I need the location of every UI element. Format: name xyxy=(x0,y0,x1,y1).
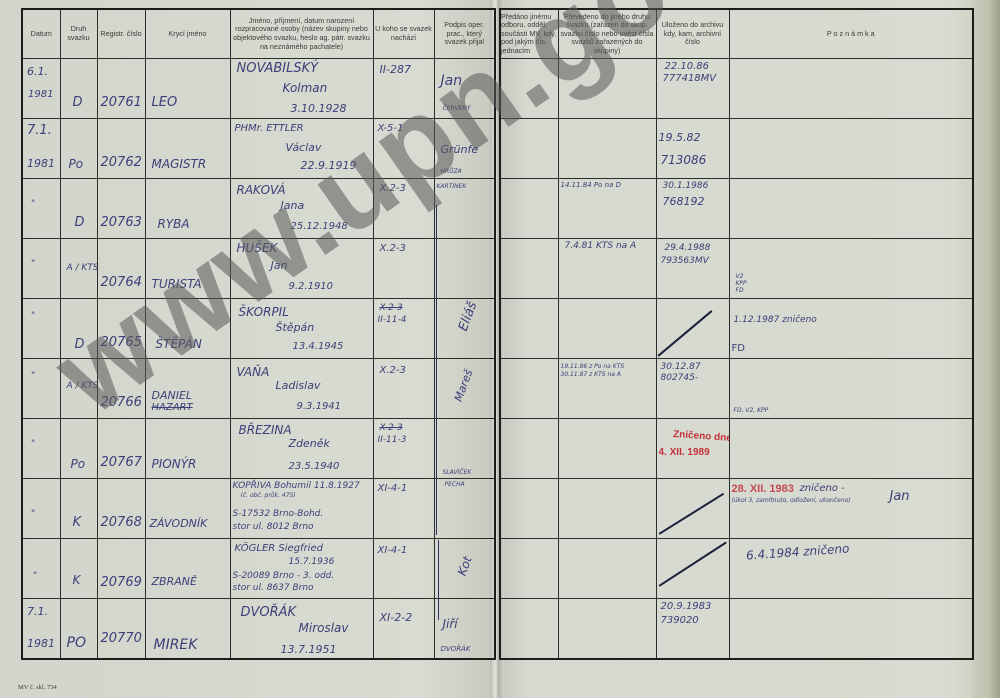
osoba-firstname: Kolman xyxy=(283,81,328,95)
druh-svazku: K xyxy=(73,515,82,530)
datum-day: 7.1. xyxy=(27,123,52,138)
transfer-note-1: 19.11.86 z Po na KTS xyxy=(561,363,625,370)
table-row: 6.1. 1981 D 20761 LEO NOVABILSKÝ Kolman … xyxy=(22,59,495,119)
datum-ditto: " xyxy=(31,371,35,381)
osoba-firstname: Zdeněk xyxy=(289,437,330,450)
kryci-jmeno: PIONÝR xyxy=(152,457,197,471)
kryci-jmeno: MAGISTR xyxy=(152,157,207,171)
cancel-line xyxy=(658,493,723,535)
table-row: " A / KTS 20764 TURISTA HUŠEK Jan 9.2.19… xyxy=(22,239,495,299)
osoba-birthdate: 9.2.1910 xyxy=(289,281,334,292)
archive-date: 22.10.86 xyxy=(665,61,710,72)
osoba-birthdate: 13.4.1945 xyxy=(293,341,344,352)
datum-year: 1981 xyxy=(28,89,53,100)
table-row: 28. XII. 1983 zničeno - (úkol 3, zamítnu… xyxy=(500,479,973,539)
archive-number: 739020 xyxy=(661,615,699,626)
kryci-jmeno: RYBA xyxy=(158,217,190,231)
table-row: 19.5.82 713086 xyxy=(500,119,973,179)
archive-date: 30.1.1986 xyxy=(663,181,709,191)
table-row: " Po 20767 PIONÝR BŘEZINA Zdeněk 23.5.19… xyxy=(22,419,495,479)
osoba-surname: ŠKORPIL xyxy=(239,305,289,319)
header-u-koho: U koho se svazek nachází xyxy=(373,9,434,59)
page-edge xyxy=(972,0,1000,698)
remark-detail: (úkol 3, zamítnuto, odložení, ukončeno) xyxy=(732,497,851,504)
u-koho: II-11-4 xyxy=(378,315,407,325)
registr-cislo: 20762 xyxy=(101,155,142,170)
signature-name: KARTÍNEK xyxy=(437,183,467,190)
table-row: 1.12.1987 zničeno FD xyxy=(500,299,973,359)
header-ulozeno: Uloženo do archivu kdy, kam, archivní čí… xyxy=(656,9,729,59)
signature-name: HRŮZA xyxy=(441,168,462,175)
osoba-birthdate: 22.9.1919 xyxy=(301,159,357,172)
table-row: 6.4.1984 zničeno xyxy=(500,539,973,599)
archive-date: 30.12.87 xyxy=(661,362,701,372)
remark-stamp: 28. XII. 1983 xyxy=(732,483,794,495)
destroyed-stamp-date: 4. XII. 1989 xyxy=(659,447,710,458)
druh-svazku: D xyxy=(73,95,83,110)
signature: Mareš xyxy=(451,368,475,404)
remark-signature: Jan xyxy=(890,489,910,504)
table-row: 7.4.81 KTS na A 29.4.1988 793563MV V2 KP… xyxy=(500,239,973,299)
cancel-line xyxy=(658,542,726,587)
transfer-note: 7.4.81 KTS na A xyxy=(565,241,637,251)
registr-cislo: 20766 xyxy=(101,395,142,410)
signature-bracket xyxy=(438,540,439,620)
osoba-firstname: Jan xyxy=(271,259,288,272)
header-datum: Datum xyxy=(22,9,60,59)
kryci-jmeno: ŠTĚPÁN xyxy=(156,337,202,351)
osoba-surname: PHMr. ETTLER xyxy=(235,123,304,134)
kryci-jmeno: ZÁVODNÍK xyxy=(150,517,208,530)
osoba-line-3: S-17532 Brno-Bohd. xyxy=(233,509,324,519)
osoba-firstname: Štěpán xyxy=(276,321,315,334)
signature-name: ČERVENÝ xyxy=(443,105,471,112)
header-poznamka: P o z n á m k a xyxy=(729,9,973,59)
header-osoba: Jméno, příjmení, datum narození rozpraco… xyxy=(230,9,373,59)
registr-cislo: 20763 xyxy=(101,215,142,230)
u-koho: II-11-3 xyxy=(378,435,407,445)
osoba-line-1: KOPŘIVA Bohumil 11.8.1927 xyxy=(233,481,360,491)
osoba-firstname: Miroslav xyxy=(299,621,349,635)
signature: Jan xyxy=(441,73,463,89)
datum-day: 6.1. xyxy=(27,65,48,78)
registr-cislo: 20761 xyxy=(101,95,142,110)
header-predano: Předáno jinému odboru, odděl. součásti M… xyxy=(500,9,558,59)
remark: FD, V2, KPP xyxy=(734,407,769,414)
osoba-surname: RAKOVÁ xyxy=(237,183,286,197)
registr-cislo: 20764 xyxy=(101,275,142,290)
archive-number: 802745- xyxy=(661,373,699,383)
osoba-firstname: Václav xyxy=(286,141,322,154)
kryci-jmeno: ZBRANĚ xyxy=(152,575,197,588)
signature-bracket xyxy=(436,205,437,535)
osoba-surname: HUŠEK xyxy=(237,241,278,255)
druh-svazku: Po xyxy=(71,457,86,471)
archive-number: 768192 xyxy=(663,195,705,208)
signature-name: DVOŘÁK xyxy=(441,645,471,653)
datum-ditto: " xyxy=(33,571,37,581)
druh-svazku: A / KTS xyxy=(67,263,98,273)
remark: 6.4.1984 zničeno xyxy=(745,541,849,562)
osoba-line-4: stor ul. 8637 Brno xyxy=(233,583,314,593)
header-prevedeno: Převedeno do jiného druhu svazku (zařaze… xyxy=(558,9,656,59)
osoba-surname: DVOŘÁK xyxy=(241,605,297,620)
table-row: 19.11.86 z Po na KTS 30.11.87 z KTS na A… xyxy=(500,359,973,419)
signature-name: SLAVÍČEK xyxy=(443,469,472,476)
u-koho: X.2-3 xyxy=(380,183,406,194)
osoba-line-2: 15.7.1936 xyxy=(289,557,335,567)
archive-number: 793563MV xyxy=(661,256,709,266)
signature: Grünfe xyxy=(441,143,479,156)
datum-ditto: " xyxy=(31,311,35,321)
kryci-jmeno: TURISTA xyxy=(152,277,202,291)
druh-svazku: PO xyxy=(67,635,86,651)
signature: Jiří xyxy=(443,617,458,631)
archive-number: 777418MV xyxy=(663,73,717,84)
druh-svazku: A / KTS xyxy=(67,381,98,391)
table-row: 14.11.84 Po na D 30.1.1986 768192 xyxy=(500,179,973,239)
datum-ditto: " xyxy=(31,259,35,269)
table-row: 22.10.86 777418MV xyxy=(500,59,973,119)
u-koho: XI-4-1 xyxy=(378,545,408,556)
datum-year: 1981 xyxy=(27,637,55,650)
remark: 1.12.1987 zničeno xyxy=(734,315,817,325)
datum-day: 7.1. xyxy=(27,605,48,618)
osoba-line-3: S-20089 Brno - 3. odd. xyxy=(233,571,335,581)
osoba-birthdate: 25.12.1948 xyxy=(291,221,348,232)
kryci-jmeno-struck: HAZART xyxy=(152,402,193,413)
form-number: MV č. skl. 734 xyxy=(18,684,57,691)
signature-name: PECHA xyxy=(445,481,465,488)
archive-number: 713086 xyxy=(661,153,707,167)
u-koho: II-287 xyxy=(380,63,411,76)
osoba-birthdate: 3.10.1928 xyxy=(291,102,347,115)
table-row: " K 20768 ZÁVODNÍK KOPŘIVA Bohumil 11.8.… xyxy=(22,479,495,539)
osoba-surname: VAŇA xyxy=(237,365,270,379)
datum-year: 1981 xyxy=(27,157,55,170)
druh-svazku: D xyxy=(75,337,85,352)
cancel-line xyxy=(657,310,712,356)
remark: V2 KPP FD xyxy=(736,273,748,294)
header-kryci-jmeno: Krycí jméno xyxy=(145,9,230,59)
table-row: " A / KTS 20766 DANIEL HAZART VAŇA Ladis… xyxy=(22,359,495,419)
header-druh-svazku: Druh svazku xyxy=(60,9,97,59)
registr-cislo: 20765 xyxy=(101,335,142,350)
kryci-jmeno: DANIEL xyxy=(152,389,193,402)
druh-svazku: Po xyxy=(69,157,84,171)
table-row: " D 20763 RYBA RAKOVÁ Jana 25.12.1948 X.… xyxy=(22,179,495,239)
archive-date: 19.5.82 xyxy=(659,131,701,144)
table-row: 7.1. 1981 PO 20770 MIREK DVOŘÁK Miroslav… xyxy=(22,599,495,660)
osoba-line-4: stor ul. 8012 Brno xyxy=(233,522,314,532)
table-row: 20.9.1983 739020 xyxy=(500,599,973,660)
osoba-line-1: KÖGLER Siegfried xyxy=(235,543,323,554)
archive-date: 20.9.1983 xyxy=(661,601,712,612)
u-koho: X-5-1 xyxy=(378,123,404,134)
signature: Kot xyxy=(454,554,474,577)
osoba-surname: BŘEZINA xyxy=(239,423,292,437)
datum-ditto: " xyxy=(31,439,35,449)
registr-cislo: 20770 xyxy=(101,631,142,646)
osoba-birthdate: 13.7.1951 xyxy=(281,643,337,656)
u-koho: X.2-3 xyxy=(380,243,406,254)
u-koho: XI-2-2 xyxy=(380,611,413,624)
kryci-jmeno: MIREK xyxy=(154,637,198,653)
table-row: 7.1. 1981 Po 20762 MAGISTR PHMr. ETTLER … xyxy=(22,119,495,179)
osoba-birthdate: 9.3.1941 xyxy=(297,401,342,412)
datum-ditto: " xyxy=(31,509,35,519)
register-table-right: Předáno jinému odboru, odděl. součásti M… xyxy=(499,8,974,660)
registr-cislo: 20768 xyxy=(101,515,142,530)
osoba-birthdate: 23.5.1940 xyxy=(289,461,340,472)
u-koho-struck: X-2-3 xyxy=(380,303,403,313)
header-podpis: Podpis oper. prac., který svazek přijal xyxy=(434,9,495,59)
remark-code: FD xyxy=(732,343,745,354)
remark: zničeno - xyxy=(800,483,845,494)
druh-svazku: K xyxy=(73,573,81,587)
destroyed-stamp-label: Zničeno dne xyxy=(672,429,729,444)
datum-ditto: " xyxy=(31,199,35,209)
table-row: " K 20769 ZBRANĚ KÖGLER Siegfried 15.7.1… xyxy=(22,539,495,599)
kryci-jmeno: LEO xyxy=(152,95,178,110)
register-table-left: Datum Druh svazku Registr. číslo Krycí j… xyxy=(21,8,496,660)
header-registr-cislo: Registr. číslo xyxy=(97,9,145,59)
u-koho: X.2-3 xyxy=(380,365,406,376)
u-koho-struck: X-2-3 xyxy=(380,423,403,433)
table-row: " D 20765 ŠTĚPÁN ŠKORPIL Štěpán 13.4.194… xyxy=(22,299,495,359)
osoba-firstname: Jana xyxy=(281,199,305,212)
transfer-note: 14.11.84 Po na D xyxy=(561,181,621,189)
archive-date: 29.4.1988 xyxy=(665,243,711,253)
signature: Eliáš xyxy=(455,300,479,333)
registr-cislo: 20769 xyxy=(101,575,142,590)
registr-cislo: 20767 xyxy=(101,455,142,470)
osoba-line-2: (č. obč. průk. 475) xyxy=(241,492,296,499)
osoba-surname: NOVABILSKÝ xyxy=(237,61,319,76)
u-koho: XI-4-1 xyxy=(378,483,408,494)
osoba-firstname: Ladislav xyxy=(276,379,321,392)
druh-svazku: D xyxy=(75,215,85,230)
table-row: Zničeno dne 4. XII. 1989 xyxy=(500,419,973,479)
transfer-note-2: 30.11.87 z KTS na A xyxy=(561,371,622,378)
